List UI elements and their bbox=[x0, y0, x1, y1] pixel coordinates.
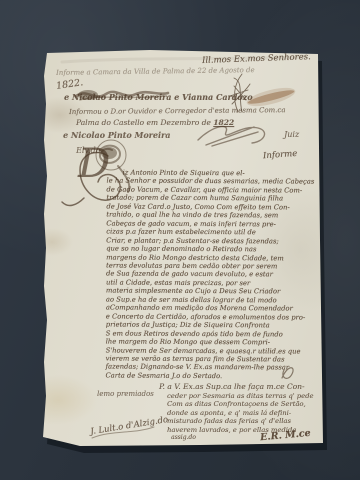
annotation-place-year: 1822 bbox=[213, 118, 234, 127]
annotation-name-line: e Nicolao Pinto Moreira e Vianna Cardozo bbox=[64, 92, 253, 102]
annotation-place-line: Palma do Castello em Dezembro de 1822 bbox=[76, 118, 234, 127]
petition-body-text: iz Antonio Pinto de Siqueira que el-le h… bbox=[105, 168, 322, 380]
handwriting-line: ceder por Sesmaria as ditas terras q' pe… bbox=[167, 392, 325, 401]
manuscript-photo: Ill.mos Ex.mos Senhores. Informe a Camar… bbox=[0, 0, 360, 480]
handwriting-line: P. a V. Ex.as Sup.ca lhe faça m.ce Con- bbox=[159, 383, 325, 392]
closing-left-fragment: lemo premiados bbox=[97, 390, 154, 398]
annotation-second-name-line: e Nicolao Pinto Moreira bbox=[63, 130, 170, 140]
annotation-place-text: Palma do Castello em Dezembro de bbox=[76, 118, 211, 127]
handwriting-line: misturado fadas das ferias q' d'ellas bbox=[167, 417, 325, 426]
handwriting-line: Carta de Sesmaria J.o do Sertado. bbox=[105, 371, 321, 381]
handwriting-line: donde as aponta, e q' mais lá defini- bbox=[167, 409, 325, 418]
drop-cap-letter: D bbox=[78, 144, 110, 184]
annotation-judge-label: Juiz bbox=[284, 130, 299, 139]
handwriting-line: Com as ditas Confrontaçoens de Sertão, bbox=[167, 400, 325, 409]
